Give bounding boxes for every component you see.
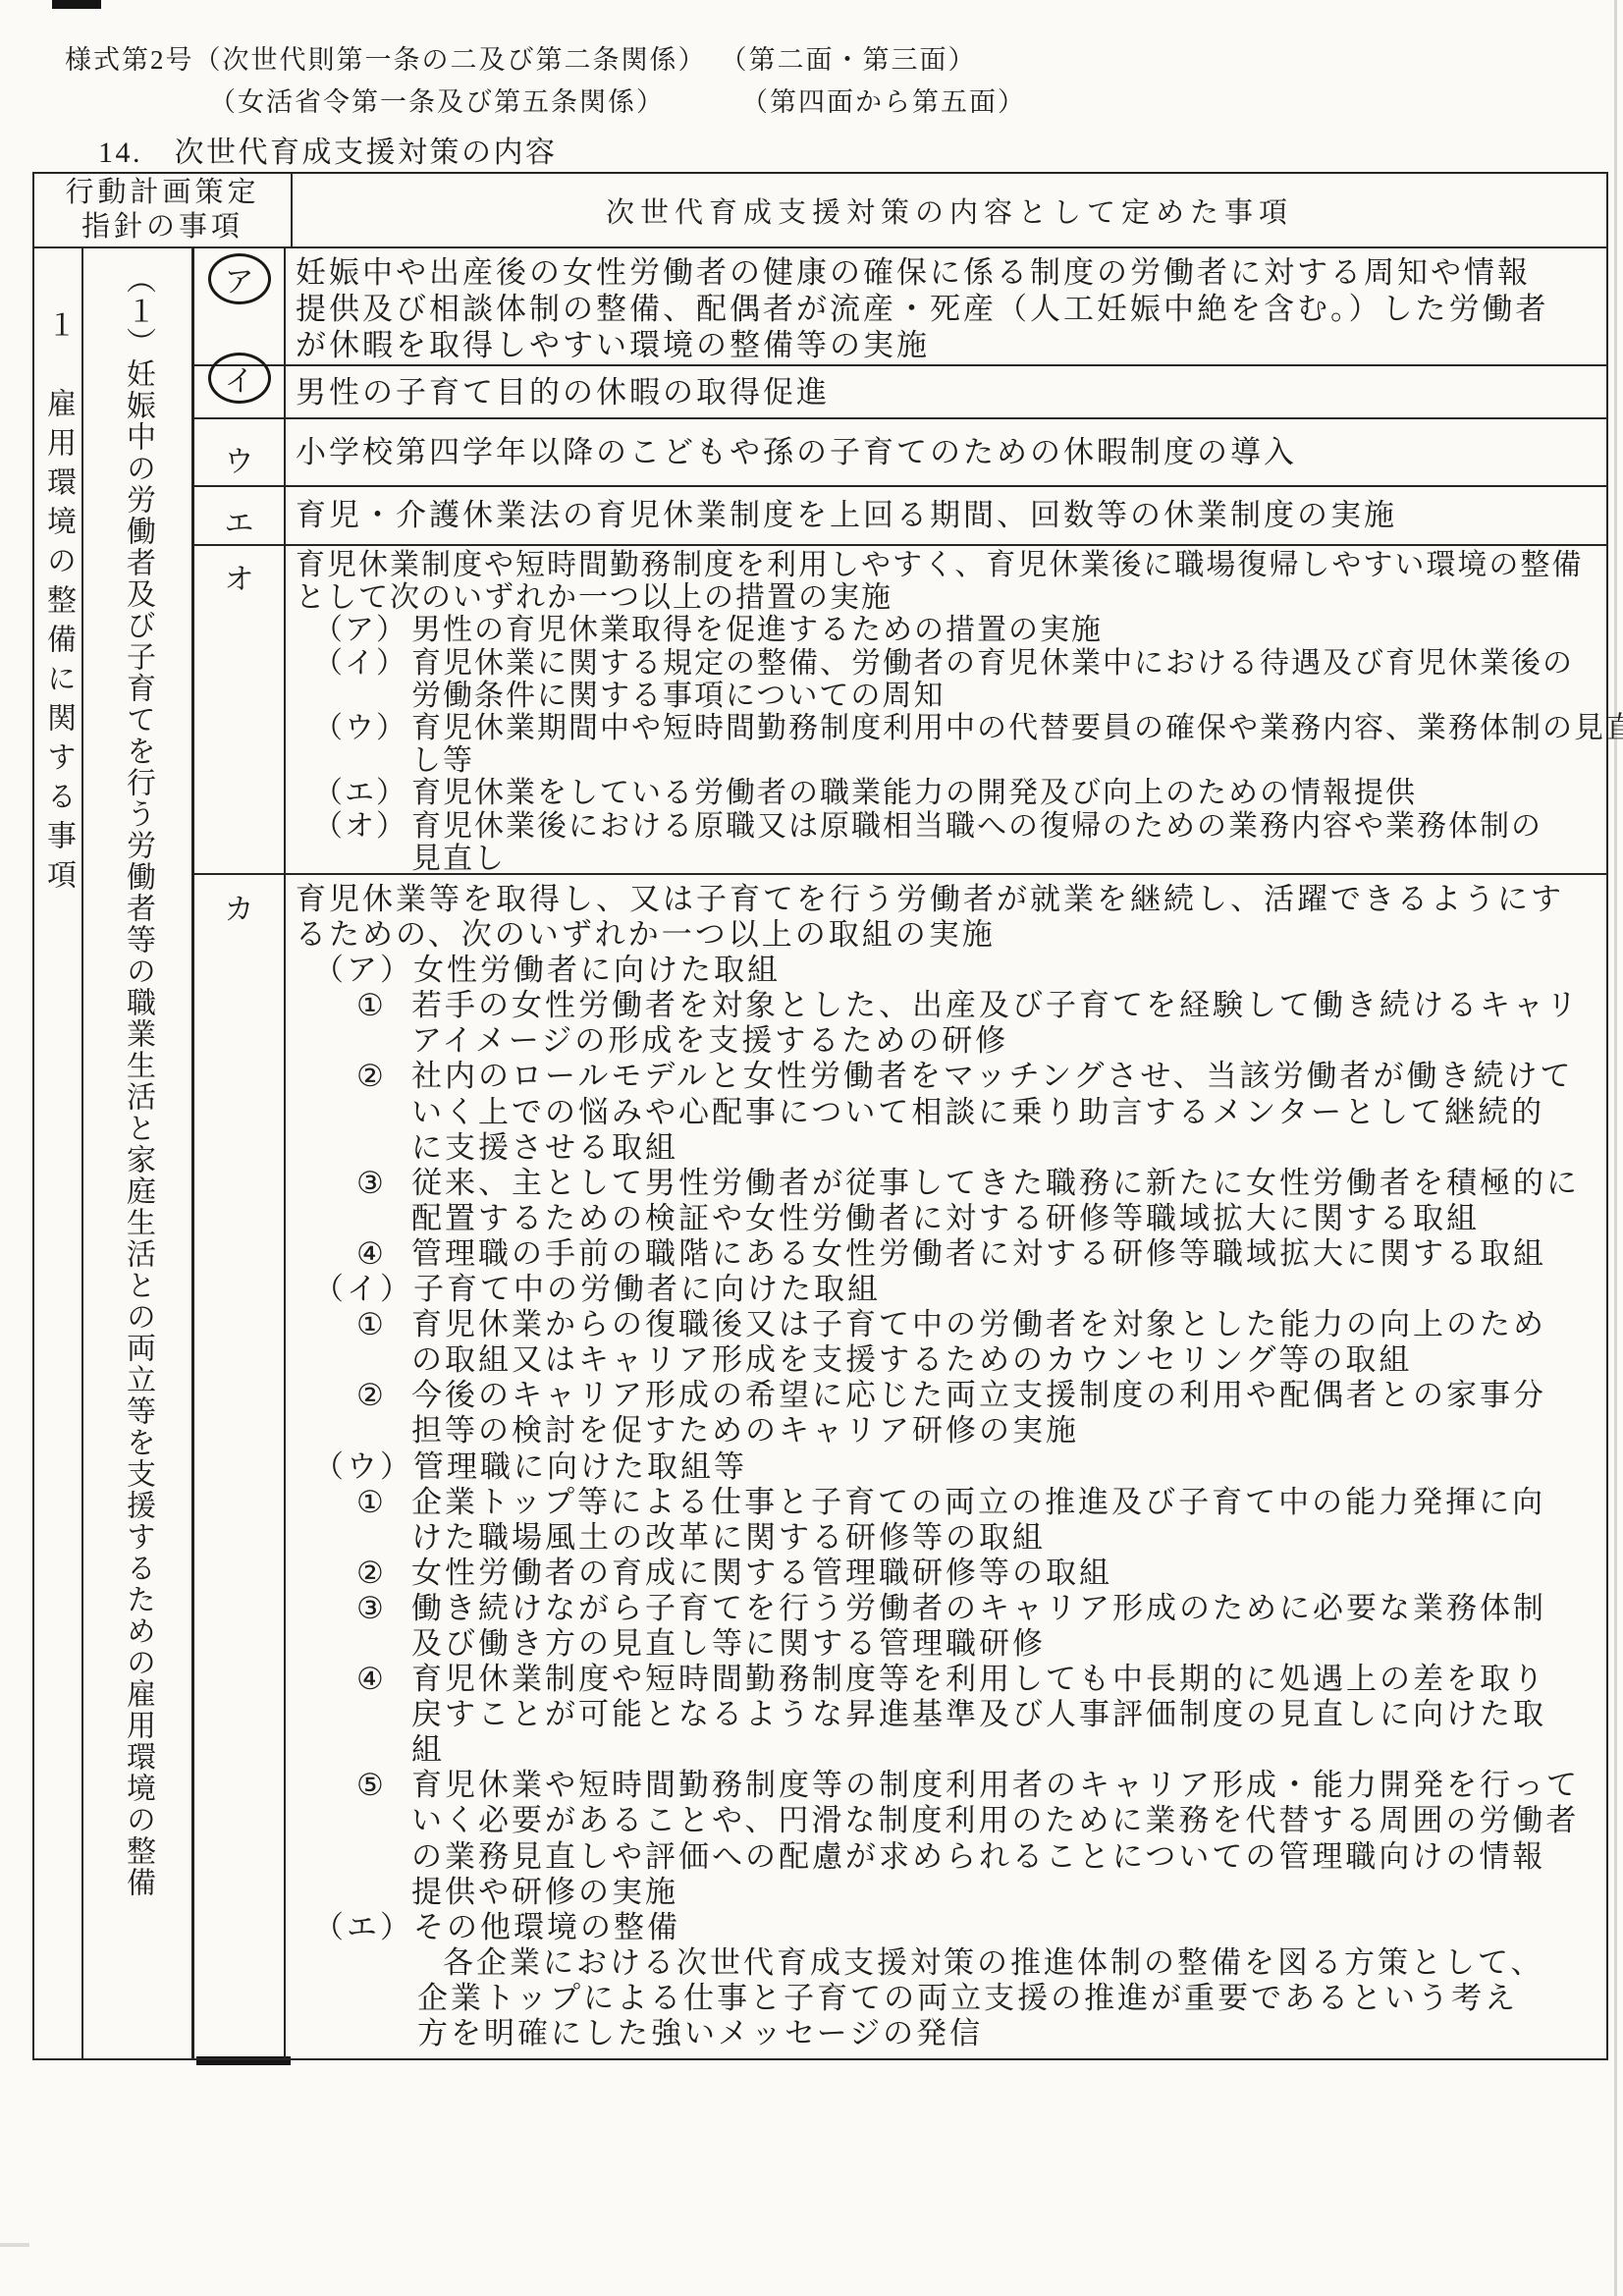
text-line: し等 (296, 744, 1606, 777)
text-line: 各企業における次世代育成支援対策の推進体制の整備を図る方策として、 (296, 1945, 1606, 1981)
text-line-body: 企業トップ等による仕事と子育ての両立の推進及び子育て中の能力発揮に向 (411, 1485, 1545, 1519)
row-label-cell: イ (194, 366, 286, 417)
text-line-body: 育児休業制度や短時間勤務制度等を利用しても中長期的に処遇上の差を取り (411, 1662, 1546, 1696)
text-line: 労働条件に関する事項についての周知 (296, 680, 1606, 712)
form-header: 様式第2号（次世代則第一条の二及び第二条関係）（第二面・第三面） （女活省令第一… (65, 39, 1026, 124)
text-line: 提供及び相談体制の整備、配偶者が流産・死産（人工妊娠中絶を含む。）した労働者 (296, 291, 1606, 327)
text-line-body: 管理職に向けた取組等 (413, 1449, 747, 1484)
text-line: 企業トップによる仕事と子育ての両立支援の推進が重要であるという考え (296, 1981, 1606, 2016)
text-line: 戻すことが可能となるような昇進基準及び人事評価制度の見直しに向けた取 (296, 1697, 1606, 1732)
text-line-body: 子育て中の労働者に向けた取組 (413, 1272, 881, 1306)
text-line-body: 育児休業に関する規定の整備、労働者の育児休業中における待遇及び育児休業後の (411, 647, 1574, 680)
header-guideline-line2: 指針の事項 (81, 210, 243, 245)
list-marker: ① (356, 1485, 411, 1520)
list-marker: ④ (356, 1236, 411, 1272)
text-line: いく必要があることや、円滑な制度利用のために業務を代替する周囲の労働者 (296, 1803, 1606, 1838)
header-guideline-items: 行動計画策定 指針の事項 (34, 174, 293, 246)
text-line: 小学校第四学年以降のこどもや孫の子育てのための休暇制度の導入 (296, 435, 1606, 470)
form-header-line1: 様式第2号（次世代則第一条の二及び第二条関係）（第二面・第三面） (65, 39, 1026, 82)
text-line: （オ）育児休業後における原職又は原職相当職への復帰のための業務内容や業務体制の (296, 810, 1606, 843)
text-line: ②社内のロールモデルと女性労働者をマッチングさせ、当該労働者が働き続けて (296, 1059, 1606, 1094)
table-row: オ育児休業制度や短時間勤務制度を利用しやすく、育児休業後に職場復帰しやすい環境の… (194, 546, 1606, 875)
text-line: 組 (296, 1732, 1606, 1768)
text-line-body: 若手の女性労働者を対象とした、出産及び子育てを経験して働き続けるキャリ (411, 988, 1580, 1022)
text-line: アイメージの形成を支援するための研修 (296, 1023, 1606, 1059)
list-marker: （オ） (313, 810, 411, 843)
text-line: 男性の子育て目的の休暇の取得促進 (296, 375, 1606, 410)
text-line: 方を明確にした強いメッセージの発信 (296, 2016, 1606, 2051)
list-marker: （イ） (313, 1272, 413, 1307)
row-content: 妊娠中や出産後の女性労働者の健康の確保に係る制度の労働者に対する周知や情報提供及… (286, 248, 1606, 364)
subcategory-vertical-label: （１）妊娠中の労働者及び子育てを行う労働者等の職業生活と家庭生活との両立等を支援… (116, 264, 159, 1898)
list-marker: ② (356, 1059, 411, 1094)
text-line: 及び働き方の見直し等に関する管理職研修 (296, 1626, 1606, 1662)
support-measures-table: 行動計画策定 指針の事項 次世代育成支援対策の内容として定めた事項 １ 雇用環境… (32, 172, 1608, 2060)
text-line-body: 女性労働者に向けた取組 (413, 953, 781, 987)
text-line: として次のいずれか一つ以上の措置の実施 (296, 581, 1606, 614)
text-line: 見直し (296, 843, 1606, 875)
row-label-circled: イ (208, 353, 271, 404)
list-marker: ① (356, 988, 411, 1023)
text-line: （エ）その他環境の整備 (296, 1910, 1606, 1945)
scan-corner-mark (52, 0, 101, 9)
text-line: 担等の検討を促すためのキャリア研修の実施 (296, 1413, 1606, 1449)
list-marker: （ウ） (313, 712, 411, 744)
row-content: 男性の子育て目的の休暇の取得促進 (286, 366, 1606, 417)
text-line-body: 育児休業や短時間勤務制度等の制度利用者のキャリア形成・能力開発を行って (411, 1768, 1580, 1802)
row-label-cell: オ (194, 546, 286, 873)
table-row: ア妊娠中や出産後の女性労働者の健康の確保に係る制度の労働者に対する周知や情報提供… (194, 248, 1606, 366)
list-marker: （ウ） (313, 1449, 413, 1485)
text-line: ①若手の女性労働者を対象とした、出産及び子育てを経験して働き続けるキャリ (296, 988, 1606, 1023)
text-line: ③従来、主として男性労働者が従事してきた職務に新たに女性労働者を積極的に (296, 1166, 1606, 1201)
text-line: ④管理職の手前の職階にある女性労働者に対する研修等職域拡大に関する取組 (296, 1236, 1606, 1272)
text-line-body: 管理職の手前の職階にある女性労働者に対する研修等職域拡大に関する取組 (411, 1236, 1546, 1271)
table-row: エ育児・介護休業法の育児休業制度を上回る期間、回数等の休業制度の実施 (194, 487, 1606, 546)
text-line: の取組又はキャリア形成を支援するためのカウンセリング等の取組 (296, 1342, 1606, 1378)
list-marker: ④ (356, 1662, 411, 1697)
row-label: オ (225, 555, 254, 598)
text-line-body: その他環境の整備 (413, 1910, 680, 1944)
list-marker: （イ） (313, 647, 411, 680)
row-label-cell: ウ (194, 419, 286, 485)
list-marker: ② (356, 1556, 411, 1591)
category-vertical-label: １ 雇用環境の整備に関する事項 (36, 309, 80, 899)
row-label-circled: ア (208, 253, 271, 304)
text-line: るための、次のいずれか一つ以上の取組の実施 (296, 917, 1606, 953)
form-number: 様式第2号（次世代則第一条の二及び第二条関係） (65, 45, 707, 75)
header-guideline-line1: 行動計画策定 (65, 176, 259, 210)
text-line: に支援させる取組 (296, 1130, 1606, 1166)
section-title: 14. 次世代育成支援対策の内容 (98, 128, 558, 171)
row-label-cell: ア (194, 248, 286, 364)
text-line-body: 育児休業からの復職後又は子育て中の労働者を対象とした能力の向上のため (411, 1307, 1546, 1341)
text-line: ④育児休業制度や短時間勤務制度等を利用しても中長期的に処遇上の差を取り (296, 1662, 1606, 1697)
text-line-body: 女性労働者の育成に関する管理職研修等の取組 (411, 1556, 1112, 1590)
text-line: 配置するための検証や女性労働者に対する研修等職域拡大に関する取組 (296, 1201, 1606, 1236)
category-column: １ 雇用環境の整備に関する事項 (34, 248, 83, 2058)
table-row: イ男性の子育て目的の休暇の取得促進 (194, 366, 1606, 419)
row-label: カ (225, 885, 254, 928)
text-line-body: 社内のロールモデルと女性労働者をマッチングさせ、当該労働者が働き続けて (411, 1059, 1574, 1093)
row-content: 育児・介護休業法の育児休業制度を上回る期間、回数等の休業制度の実施 (286, 487, 1606, 544)
header-content-items: 次世代育成支援対策の内容として定めた事項 (293, 174, 1606, 246)
text-line: （イ）育児休業に関する規定の整備、労働者の育児休業中における待遇及び育児休業後の (296, 647, 1606, 680)
subcategory-column: （１）妊娠中の労働者及び子育てを行う労働者等の職業生活と家庭生活との両立等を支援… (83, 248, 194, 2058)
table-header-row: 行動計画策定 指針の事項 次世代育成支援対策の内容として定めた事項 (34, 174, 1606, 248)
text-line: が休暇を取得しやすい環境の整備等の実施 (296, 327, 1606, 363)
text-line: （ア）女性労働者に向けた取組 (296, 953, 1606, 988)
form-ordinance-ref: （女活省令第一条及び第五条関係） (209, 87, 665, 117)
form-pages-ref2: （第四面から第五面） (741, 87, 1026, 117)
table-row: ウ小学校第四学年以降のこどもや孫の子育てのための休暇制度の導入 (194, 419, 1606, 487)
text-line: 育児休業制度や短時間勤務制度を利用しやすく、育児休業後に職場復帰しやすい環境の整… (296, 549, 1606, 581)
row-label: エ (225, 499, 254, 542)
text-line: （ウ）管理職に向けた取組等 (296, 1449, 1606, 1485)
text-line-body: 働き続けながら子育てを行う労働者のキャリア形成のために必要な業務体制 (411, 1591, 1546, 1625)
list-marker: ② (356, 1378, 411, 1413)
list-marker: ⑤ (356, 1768, 411, 1803)
text-line: ①企業トップ等による仕事と子育ての両立の推進及び子育て中の能力発揮に向 (296, 1485, 1606, 1520)
list-marker: ① (356, 1307, 411, 1342)
scan-edge-line (1614, 0, 1617, 2296)
list-marker: ③ (356, 1591, 411, 1626)
text-line: （ウ）育児休業期間中や短時間勤務制度利用中の代替要員の確保や業務内容、業務体制の… (296, 712, 1606, 744)
table-body: １ 雇用環境の整備に関する事項 （１）妊娠中の労働者及び子育てを行う労働者等の職… (34, 248, 1606, 2058)
row-label-cell: エ (194, 487, 286, 544)
scan-bottom-smudge (0, 2243, 29, 2247)
row-content: 小学校第四学年以降のこどもや孫の子育てのための休暇制度の導入 (286, 419, 1606, 485)
text-line: ⑤育児休業や短時間勤務制度等の制度利用者のキャリア形成・能力開発を行って (296, 1768, 1606, 1803)
row-label: ウ (225, 437, 254, 480)
text-line: 提供や研修の実施 (296, 1875, 1606, 1910)
scanned-form-page: { "page": { "header_line1_left": "様式第2号（… (0, 0, 1623, 2296)
text-line: 育児休業等を取得し、又は子育てを行う労働者が就業を継続し、活躍できるようにす (296, 882, 1606, 917)
text-line: の業務見直しや評価への配慮が求められることについての管理職向けの情報 (296, 1839, 1606, 1875)
text-line-body: 男性の育児休業取得を促進するための措置の実施 (411, 614, 1103, 646)
text-line-body: 育児休業後における原職又は原職相当職への復帰のための業務内容や業務体制の (411, 810, 1542, 843)
text-line: けた職場風土の改革に関する研修等の取組 (296, 1520, 1606, 1556)
form-header-line2: （女活省令第一条及び第五条関係）（第四面から第五面） (65, 82, 1026, 124)
table-row: カ育児休業等を取得し、又は子育てを行う労働者が就業を継続し、活躍できるようにする… (194, 875, 1606, 2058)
text-line: 育児・介護休業法の育児休業制度を上回る期間、回数等の休業制度の実施 (296, 498, 1606, 533)
text-line: ①育児休業からの復職後又は子育て中の労働者を対象とした能力の向上のため (296, 1307, 1606, 1342)
list-marker: （エ） (313, 777, 411, 809)
text-line: ③働き続けながら子育てを行う労働者のキャリア形成のために必要な業務体制 (296, 1591, 1606, 1626)
text-line-body: 従来、主として男性労働者が従事してきた職務に新たに女性労働者を積極的に (411, 1166, 1580, 1200)
text-line: （エ）育児休業をしている労働者の職業能力の開発及び向上のための情報提供 (296, 777, 1606, 809)
text-line-body: 育児休業をしている労働者の職業能力の開発及び向上のための情報提供 (411, 777, 1417, 809)
list-marker: （エ） (313, 1910, 413, 1945)
row-label-cell: カ (194, 875, 286, 2058)
list-marker: （ア） (313, 953, 413, 988)
text-line: いく上での悩みや心配事について相談に乗り助言するメンターとして継続的 (296, 1095, 1606, 1130)
text-line: 妊娠中や出産後の女性労働者の健康の確保に係る制度の労働者に対する周知や情報 (296, 254, 1606, 291)
list-marker: ③ (356, 1166, 411, 1201)
list-marker: （ア） (313, 614, 411, 646)
text-line-body: 今後のキャリア形成の希望に応じた両立支援制度の利用や配偶者との家事分 (411, 1378, 1546, 1412)
row-content: 育児休業制度や短時間勤務制度を利用しやすく、育児休業後に職場復帰しやすい環境の整… (286, 546, 1606, 873)
text-line: （イ）子育て中の労働者に向けた取組 (296, 1272, 1606, 1307)
text-line-body: 育児休業期間中や短時間勤務制度利用中の代替要員の確保や業務内容、業務体制の見直 (411, 712, 1623, 744)
form-pages-ref1: （第二面・第三面） (721, 45, 977, 75)
row-content: 育児休業等を取得し、又は子育てを行う労働者が就業を継続し、活躍できるようにするた… (286, 875, 1606, 2058)
text-line: ②今後のキャリア形成の希望に応じた両立支援制度の利用や配偶者との家事分 (296, 1378, 1606, 1413)
text-line: ②女性労働者の育成に関する管理職研修等の取組 (296, 1556, 1606, 1591)
text-line: （ア）男性の育児休業取得を促進するための措置の実施 (296, 614, 1606, 646)
table-rows: ア妊娠中や出産後の女性労働者の健康の確保に係る制度の労働者に対する周知や情報提供… (194, 248, 1606, 2058)
